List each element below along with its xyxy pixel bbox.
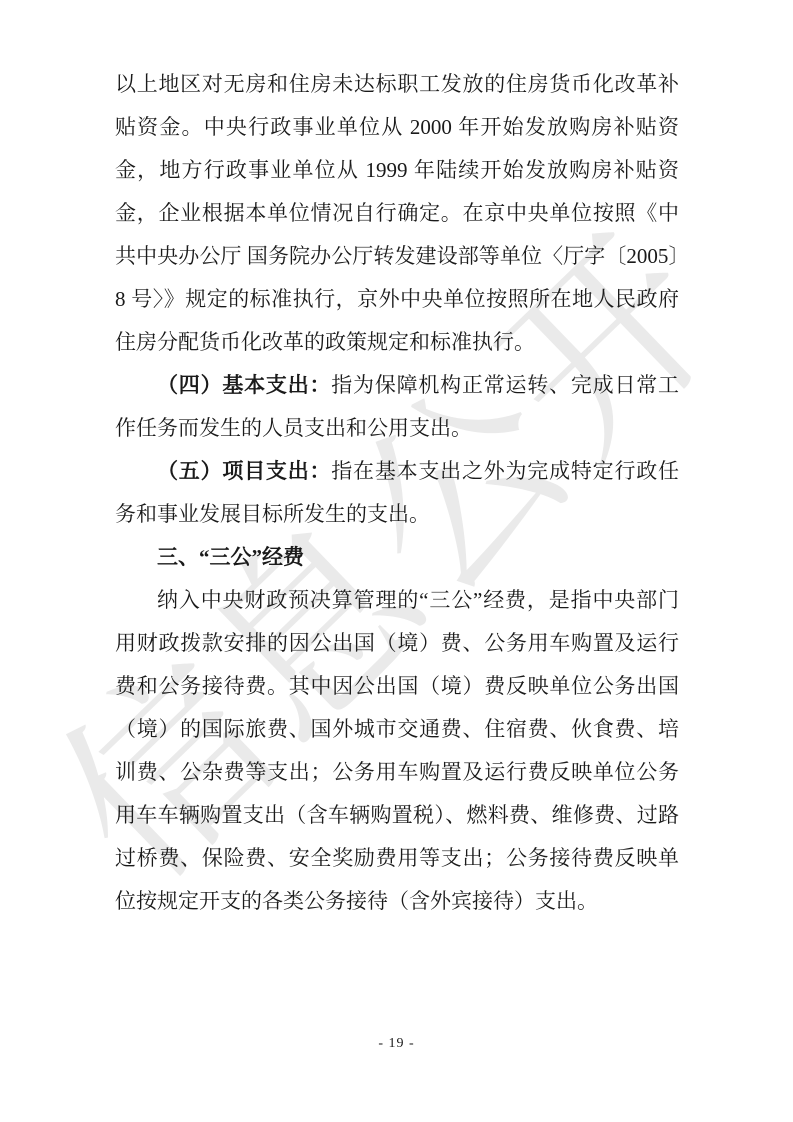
bold-text-run: 三、“三公”经费 <box>157 545 304 569</box>
document-body: 以上地区对无房和住房未达标职工发放的住房货币化改革补贴资金。中央行政事业单位从 … <box>115 63 679 923</box>
text-run: 纳入中央财政预决算管理的“三公”经费，是指中央部门用财政拨款安排的因公出国（境）… <box>115 588 679 913</box>
paragraph: 纳入中央财政预决算管理的“三公”经费，是指中央部门用财政拨款安排的因公出国（境）… <box>115 579 679 923</box>
paragraph: 以上地区对无房和住房未达标职工发放的住房货币化改革补贴资金。中央行政事业单位从 … <box>115 63 679 364</box>
page-number: - 19 - <box>0 1036 793 1052</box>
bold-text-run: （五）项目支出： <box>157 459 331 483</box>
bold-text-run: （四）基本支出： <box>157 373 331 397</box>
text-run: 以上地区对无房和住房未达标职工发放的住房货币化改革补贴资金。中央行政事业单位从 … <box>115 72 679 354</box>
paragraph: （四）基本支出：指为保障机构正常运转、完成日常工作任务而发生的人员支出和公用支出… <box>115 364 679 450</box>
document-page: 信息公开 以上地区对无房和住房未达标职工发放的住房货币化改革补贴资金。中央行政事… <box>0 0 793 1122</box>
paragraph: （五）项目支出：指在基本支出之外为完成特定行政任务和事业发展目标所发生的支出。 <box>115 450 679 536</box>
section-heading: 三、“三公”经费 <box>115 536 679 579</box>
